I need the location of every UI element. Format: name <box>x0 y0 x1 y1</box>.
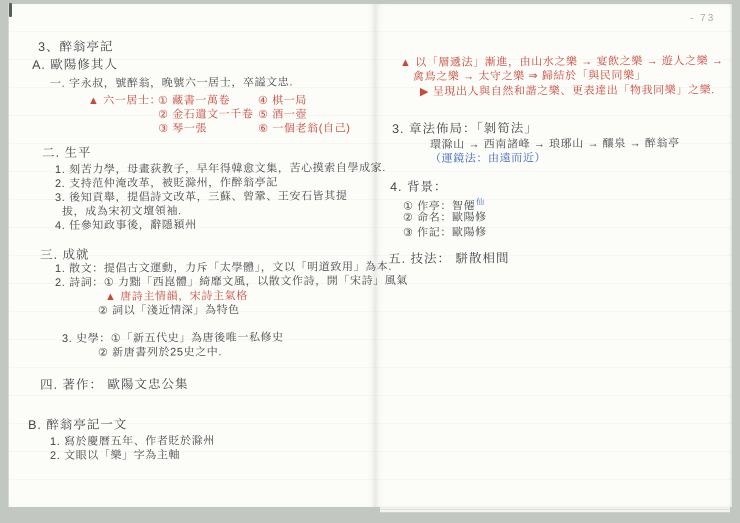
red-note-column-1: ① 藏書一萬卷 ② 金石遺文一千卷 ③ 琴一張 <box>158 93 254 136</box>
section-2-item-2: 2. 支持范仲淹改革，被貶滁州，作醉翁亭記 <box>55 176 278 191</box>
binding-mark <box>9 3 12 17</box>
right-red-note-line-3: ▶ 呈現出人與自然和諧之樂、更表達出「物我同樂」之樂. <box>420 83 715 99</box>
section-2-item-3: 3. 後知貢舉，提倡詩文改革，三蘇、曾鞏、王安石皆其提 <box>55 189 348 205</box>
red-note-item: ② 金石遺文一千卷 <box>158 107 253 122</box>
right-red-note-line-1: ▲ 以「層遞法」漸進，由山水之樂 → 宴飲之樂 → 遊人之樂 → <box>400 54 724 70</box>
section-b-heading: B. 醉翁亭記一文 <box>28 417 127 432</box>
red-note-label: ▲ 六一居士： <box>88 94 161 108</box>
red-note-item: ⑥ 一個老翁(自己) <box>258 121 350 136</box>
section-a-line1: 一. 字永叔，號醉翁，晚號六一居士，卒謚文忠. <box>50 76 293 91</box>
red-note-column-2: ④ 棋一局 ⑤ 酒一壺 ⑥ 一個老翁(自己) <box>258 93 351 136</box>
right-section-3-flow: 環滁山 → 西南諸峰 → 琅琊山 → 釀泉 → 醉翁亭 <box>430 136 680 152</box>
section-4-line: 四. 著作： 歐陽文忠公集 <box>40 377 189 392</box>
section-3-item-2b: ② 詞以「淺近情深」為特色 <box>98 303 240 318</box>
blue-correction: 仙 <box>476 198 485 207</box>
right-section-4-item-2: ② 命名：歐陽修 <box>403 210 487 225</box>
red-note-item: ③ 琴一張 <box>158 121 253 136</box>
section-b-item-2: 2. 文眼以「樂」字為主軸 <box>50 448 180 463</box>
section-b-item-1: 1. 寫於慶曆五年、作者貶於滁州 <box>50 434 215 449</box>
right-section-3-heading: 3. 章法佈局：「剝筍法」 <box>392 121 538 136</box>
right-red-note-line-2: 禽鳥之樂 → 太守之樂 ⇒ 歸結於「與民同樂」 <box>413 69 646 84</box>
section-2-heading: 二. 生平 <box>42 146 92 160</box>
page-edge-stack <box>380 507 730 513</box>
right-section-5-line: 五. 技法： 駢散相間 <box>388 251 510 266</box>
section-2-item-1: 1. 刻苦力學，母畫荻教子，早年得韓愈文集，苦心摸索自學成家. <box>55 161 386 177</box>
page-number: - 73 <box>690 12 715 26</box>
right-section-3-blue-note: （運鏡法：由遠而近） <box>430 151 546 166</box>
section-3-heading: 三. 成就 <box>40 248 90 262</box>
section-3-item-3b: ② 新唐書列於25史之中. <box>98 345 222 360</box>
red-note-item: ① 藏書一萬卷 <box>158 93 253 108</box>
section-a-heading: A. 歐陽修其人 <box>32 57 118 72</box>
section-2-item-4: 4. 任參知政事後，辭隱潁州 <box>55 218 197 233</box>
notebook-scan: 3、醉翁亭記 A. 歐陽修其人 一. 字永叔，號醉翁，晚號六一居士，卒謚文忠. … <box>0 0 740 523</box>
right-section-4-item-3: ③ 作記：歐陽修 <box>403 225 487 240</box>
section-3-item-2: 2. 詩詞：① 力黜「西崑體」綺靡文風，以散文作詩，開「宋詩」風氣 <box>55 274 408 290</box>
right-section-4-heading: 4. 背景： <box>390 180 447 194</box>
red-note-item: ⑤ 酒一壺 <box>258 107 350 122</box>
section-2-item-3-cont: 拔，成為宋初文壇領袖. <box>62 204 182 219</box>
section-3-red-note: ▲ 唐詩主情韻，宋詩主氣格 <box>105 289 248 304</box>
notes-title: 3、醉翁亭記 <box>38 40 114 54</box>
red-note-item: ④ 棋一局 <box>258 93 350 108</box>
section-3-item-3: 3. 史學：①「新五代史」為唐後唯一私修史 <box>62 331 284 346</box>
